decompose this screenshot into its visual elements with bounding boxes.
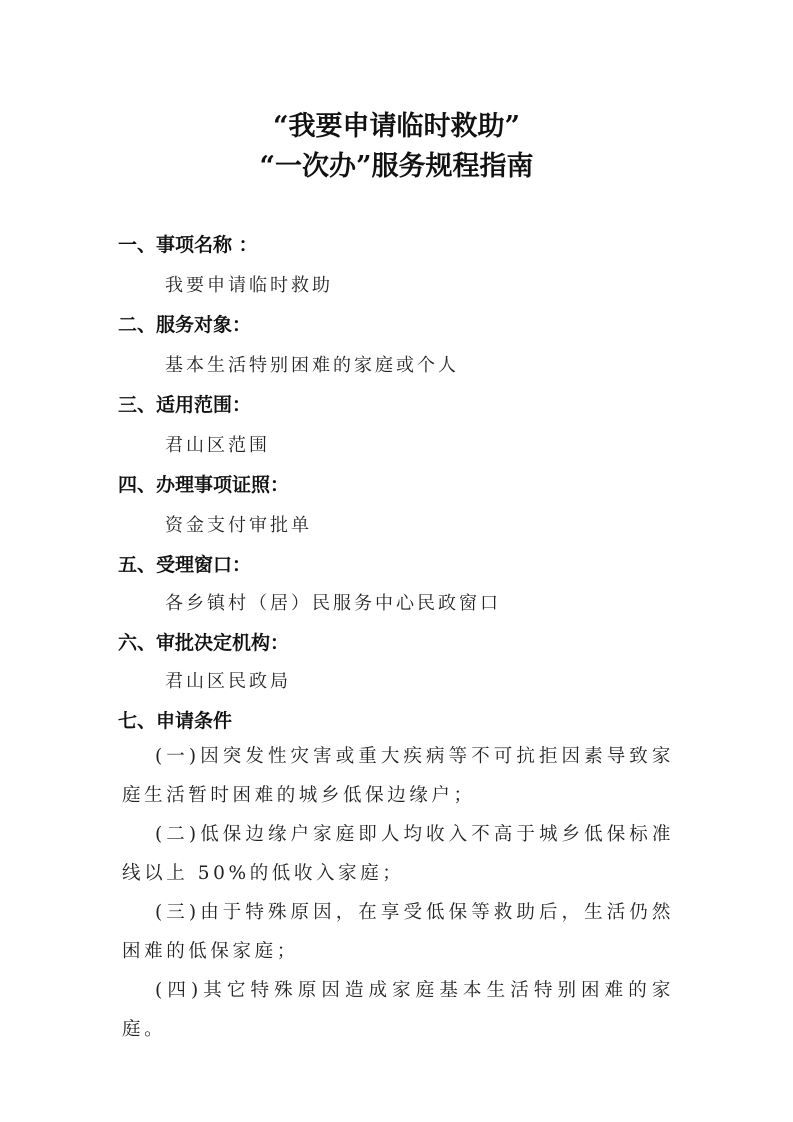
section-heading-scope: 三、适用范围： (118, 390, 251, 417)
section-value-approval-authority: 君山区民政局 (165, 667, 291, 693)
section-heading-conditions: 七、申请条件 (118, 706, 232, 733)
condition-item-1: (一)因突发性灾害或重大疾病等不可抗拒因素导致家庭生活暂时困难的城乡低保边缘户； (122, 737, 674, 815)
section-heading-item-name: 一、事项名称 ： (118, 230, 258, 257)
condition-item-4: (四)其它特殊原因造成家庭基本生活特别困难的家庭。 (122, 971, 674, 1049)
document-title-line-2: “一次办”服务规程指南 (0, 144, 793, 183)
section-value-service-window: 各乡镇村（居）民服务中心民政窗口 (165, 589, 501, 615)
section-heading-approval-authority: 六、审批决定机构： (118, 628, 289, 655)
section-heading-certificate: 四、办理事项证照： (118, 470, 289, 497)
condition-item-3: (三)由于特殊原因，在享受低保等救助后，生活仍然困难的低保家庭； (122, 893, 674, 971)
document-title-line-1: “我要申请临时救助” (0, 104, 793, 143)
section-heading-service-target: 二、服务对象： (118, 310, 251, 337)
section-value-service-target: 基本生活特别困难的家庭或个人 (165, 351, 459, 377)
section-value-scope: 君山区范围 (165, 431, 270, 457)
document-page: “我要申请临时救助” “一次办”服务规程指南 一、事项名称 ： 我要申请临时救助… (0, 0, 793, 1122)
section-heading-service-window: 五、受理窗口： (118, 550, 251, 577)
condition-item-2: (二)低保边缘户家庭即人均收入不高于城乡低保标准线以上 50%的低收入家庭； (122, 815, 674, 893)
section-value-certificate: 资金支付审批单 (165, 511, 312, 537)
section-value-item-name: 我要申请临时救助 (165, 271, 333, 297)
